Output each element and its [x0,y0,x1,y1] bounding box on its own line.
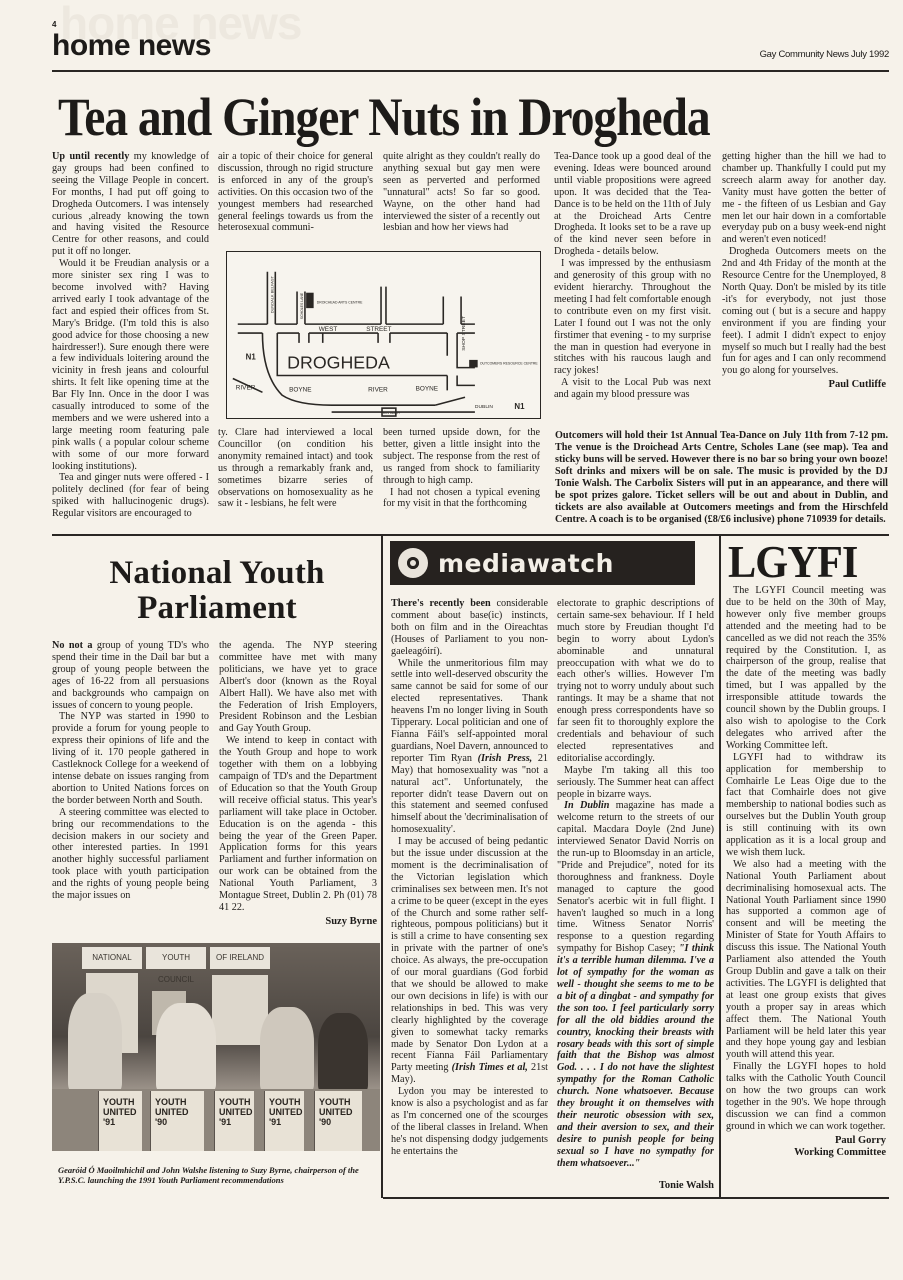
byline: Suzy Byrne [219,916,377,928]
map-label: N1 [514,402,525,411]
paragraph: While the unmeritorious film may settle … [391,658,548,837]
eye-icon [398,548,428,578]
photo-sign: YOUTH UNITED '90 [150,1091,204,1151]
mediawatch-column-2: electorate to graphic descriptions of ce… [557,598,714,1191]
photo-sign: YOUTH UNITED '91 [214,1091,254,1151]
photo-banner: OF IRELAND [210,947,270,969]
paragraph: I was impressed by the enthusiasm and ge… [554,258,711,377]
map-label: DUNDALK BELFAST [269,275,274,313]
drogheda-column-3-top: quite alright as they couldn't really do… [383,151,540,234]
citation: (Irish Press, [478,753,533,764]
byline: Paul Gorry [726,1135,886,1147]
map-label: DROICHEAD ARTS CENTRE [317,300,363,304]
paragraph: been turned upside down, for the better,… [383,427,540,487]
paragraph: I had not chosen a typical evening for m… [383,487,540,511]
drogheda-column-4: Tea-Dance took up a good deal of the eve… [554,151,711,401]
map-label: BUS DEPOT [383,411,400,415]
paragraph: Up until recently my knowledge of gay gr… [52,151,209,258]
drogheda-column-2-bottom: ty. Clare had interviewed a local Counci… [218,427,373,510]
paragraph-text: my knowledge of gay groups had been conf… [52,151,209,257]
paragraph: Tea-Dance took up a good deal of the eve… [554,151,711,258]
nyp-column-2: the agenda. The NYP steering committee h… [219,640,377,928]
paragraph: air a topic of their choice for general … [218,151,373,234]
citation: (Irish Times et al, [452,1062,528,1073]
map-label: SHOP STREET [461,316,467,351]
lgyfi-headline: LGYFI [728,537,857,587]
paragraph: A visit to the Local Pub was next and ag… [554,377,711,401]
paragraph: We intend to keep in contact with the Yo… [219,735,377,914]
press-photo: NATIONAL YOUTH COUNCIL OF IRELAND YOUTH … [52,943,380,1151]
mediawatch-title: mediawatch [438,549,614,578]
drogheda-column-1: Up until recently my knowledge of gay gr… [52,151,209,520]
map-label: BOYNE [416,385,438,392]
paragraph: Maybe I'm taking all this too seriously.… [557,765,714,801]
section-title: home news [52,29,211,63]
paragraph: No not a group of young TD's who spend t… [52,640,209,711]
paragraph: getting higher than the hill we had to c… [722,151,886,246]
nyp-headline: National Youth Parliament [52,556,382,626]
map-label: RIVER [236,384,256,391]
photo-person [68,993,122,1093]
photo-sign: YOUTH UNITED '91 [98,1091,142,1151]
paragraph: Lydon you may be interested to know is a… [391,1086,548,1157]
paragraph: LGYFI had to withdraw its application fo… [726,752,886,859]
map-label: OUTCOMERS RESOURCE CENTRE [480,362,539,366]
photo-sign: YOUTH UNITED '91 [264,1091,304,1151]
headline-line: National Youth [52,556,382,591]
paragraph: We also had a meeting with the National … [726,859,886,1061]
photo-person [156,1003,216,1093]
paragraph: A steering committee was elected to brin… [52,807,209,902]
drogheda-column-3-bottom: been turned upside down, for the better,… [383,427,540,510]
mediawatch-banner: mediawatch [390,541,695,585]
column-divider [381,536,383,1198]
paragraph-text: magazine has made a welcome return to th… [557,800,714,954]
mediawatch-column-1: There's recently been considerable comme… [391,598,548,1158]
paragraph: ty. Clare had interviewed a local Counci… [218,427,373,510]
photo-sign: YOUTH UNITED '90 [314,1091,362,1151]
paragraph: In Dublin magazine has made a welcome re… [557,800,714,1169]
footer-rule [383,1197,889,1199]
map-label: SCHOLES LANE [300,292,304,319]
paragraph: Tea and ginger nuts were offered - I pol… [52,472,209,520]
paragraph-text: While the unmeritorious film may settle … [391,658,548,764]
paragraph: Would it be Freudian analysis or a more … [52,258,209,472]
map-label: N1 [246,353,257,362]
publication-date: Gay Community News July 1992 [760,49,889,60]
article-headline: Tea and Ginger Nuts in Drogheda [58,86,710,148]
lgyfi-column: The LGYFI Council meeting was due to be … [726,585,886,1159]
photo-person [260,1007,314,1093]
paragraph: The LGYFI Council meeting was due to be … [726,585,886,752]
map-label: WEST [319,326,338,333]
byline-role: Working Committee [726,1147,886,1159]
map-drawing: DROGHEDA WEST STREET RIVER BOYNE RIVER B… [227,252,540,418]
map-label: BOYNE [289,386,311,393]
paragraph: electorate to graphic descriptions of ce… [557,598,714,765]
byline: Tonie Walsh [557,1180,714,1192]
page-number: 4 [52,20,56,29]
paragraph: the agenda. The NYP steering committee h… [219,640,377,735]
map-label: DUBLIN [475,404,494,410]
map-label: RIVER [368,386,388,393]
photo-person [318,1013,368,1093]
quote: "I think it's a terrible human dilemma. … [557,943,714,1168]
map-town-label: DROGHEDA [287,353,390,373]
lead-in: No not a [52,640,93,651]
byline: Paul Cutliffe [722,379,886,391]
paragraph: The NYP was started in 1990 to provide a… [52,711,209,806]
photo-banner: NATIONAL [82,947,142,969]
paragraph: Drogheda Outcomers meets on the 2nd and … [722,246,886,377]
drogheda-column-2-top: air a topic of their choice for general … [218,151,373,234]
drogheda-column-5: getting higher than the hill we had to c… [722,151,886,391]
paragraph: There's recently been considerable comme… [391,598,548,658]
paragraph: I may be accused of being pedantic but t… [391,836,548,1086]
nyp-column-1: No not a group of young TD's who spend t… [52,640,209,902]
header-rule [52,70,889,72]
headline-line: Parliament [52,591,382,626]
paragraph: Finally the LGYFI hopes to hold talks wi… [726,1061,886,1132]
lead-in: There's recently been [391,598,491,609]
drogheda-map: DROGHEDA WEST STREET RIVER BOYNE RIVER B… [226,251,541,419]
paragraph-text: I may be accused of being pedantic but t… [391,836,548,1073]
lead-in: Up until recently [52,151,129,162]
column-divider [719,536,721,1198]
photo-caption: Gearóid Ó Maoilmhichíl and John Walshe l… [58,1165,378,1185]
map-label: STREET [366,326,391,333]
photo-banner: YOUTH COUNCIL [146,947,206,969]
event-notice: Outcomers will hold their 1st Annual Tea… [555,430,888,526]
paragraph-text: 21 May) that homosexuality was "not a na… [391,753,548,835]
paragraph: quite alright as they couldn't really do… [383,151,540,234]
publication-name: In Dublin [564,800,609,811]
